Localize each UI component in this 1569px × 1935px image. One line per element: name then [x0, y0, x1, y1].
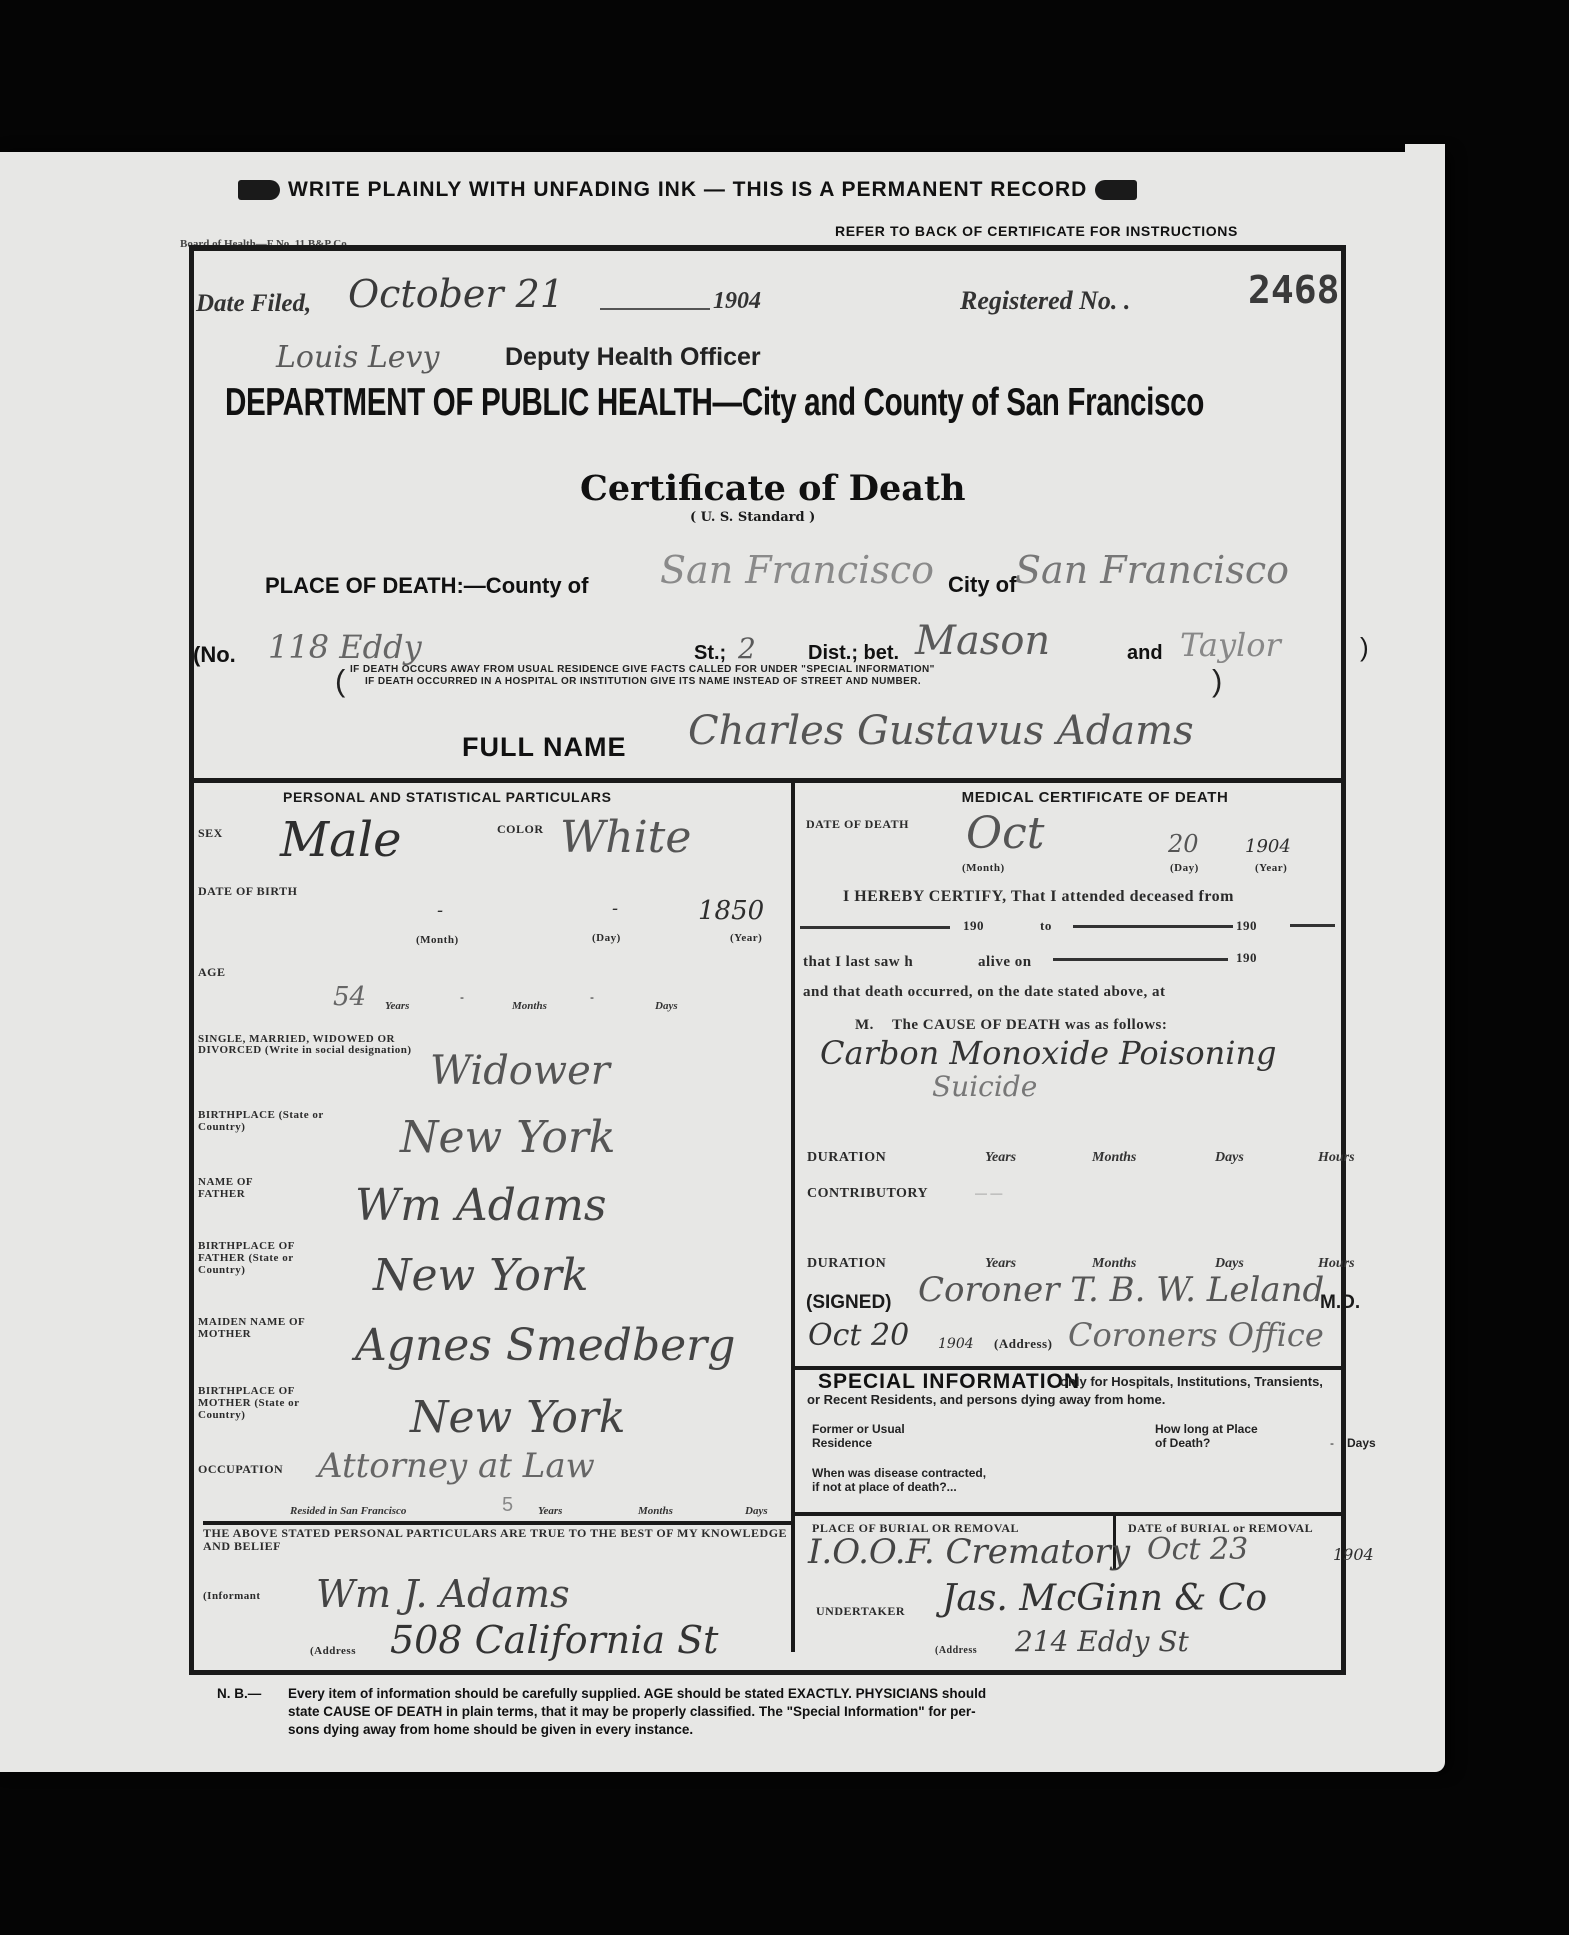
birthplace-label: BIRTHPLACE (State or Country) [198, 1109, 338, 1133]
death-occurred-label: and that death occurred, on the date sta… [803, 984, 1165, 1001]
burial-date-value: Oct 23 [1147, 1532, 1248, 1567]
sex-value: Male [280, 812, 402, 868]
burial-year: 1904 [1333, 1545, 1374, 1564]
how-long-days-label: Days [1347, 1436, 1376, 1450]
color-value: White [560, 812, 691, 863]
attest-divider [203, 1521, 791, 1525]
disease-contracted-label: When was disease contracted, if not at p… [812, 1466, 992, 1494]
city-value: San Francisco [1015, 548, 1289, 592]
md-label: M.D. [1320, 1292, 1360, 1314]
informant-address-value: 508 California St [390, 1618, 718, 1662]
mother-birthplace-value: New York [410, 1392, 626, 1443]
full-name-label: FULL NAME [462, 732, 627, 763]
father-birthplace-value: New York [373, 1250, 589, 1301]
resided-months-label: Months [638, 1505, 673, 1517]
occupation-label: OCCUPATION [198, 1462, 283, 1477]
banner: WRITE PLAINLY WITH UNFADING INK — THIS I… [230, 178, 1145, 202]
dod-month-label: (Month) [962, 862, 1005, 874]
age-days: - [590, 990, 594, 1004]
date-filed-label: Date Filed, [196, 290, 311, 318]
last-saw-label: that I last saw h [803, 954, 913, 971]
mother-birthplace-label: BIRTHPLACE OF MOTHER (State or Country) [198, 1385, 338, 1421]
father-birthplace-label: BIRTHPLACE OF FATHER (State or Country) [198, 1240, 338, 1276]
footer-line-2: state CAUSE OF DEATH in plain terms, tha… [288, 1704, 976, 1719]
note-paren-open: ( [335, 663, 345, 699]
dod-day-label: (Day) [1170, 862, 1199, 874]
county-value: San Francisco [660, 548, 934, 592]
undertaker-label: UNDERTAKER [816, 1604, 905, 1619]
date-filed-value: October 21 [348, 272, 564, 316]
informant-label: (Informant [203, 1590, 261, 1602]
refer-instructions: REFER TO BACK OF CERTIFICATE FOR INSTRUC… [835, 223, 1238, 239]
date-of-death-year: 1904 [1245, 836, 1291, 857]
birthplace-value: New York [400, 1112, 616, 1163]
date-of-birth-label: DATE OF BIRTH [198, 884, 297, 899]
date-of-death-label: DATE OF DEATH [806, 817, 909, 832]
color-label: COLOR [497, 822, 544, 837]
age-years-label: Years [385, 1000, 409, 1012]
place-note-1: IF DEATH OCCURS AWAY FROM USUAL RESIDENC… [350, 664, 935, 675]
alive-190: 190 [1236, 950, 1257, 966]
former-residence-label: Former or Usual Residence [812, 1422, 922, 1450]
date-of-death-day: 20 [1168, 830, 1199, 858]
how-long-label: How long at Place of Death? [1155, 1422, 1265, 1450]
signed-date: Oct 20 [808, 1318, 909, 1353]
dob-year: 1850 [698, 896, 764, 926]
signed-address-value: Coroners Office [1068, 1316, 1324, 1354]
footer-nb-label: N. B.— [217, 1686, 261, 1701]
resided-days-label: Days [745, 1505, 768, 1517]
dob-month-label: (Month) [416, 934, 459, 946]
marital-value: Widower [430, 1048, 610, 1094]
cause-of-death-line-1: Carbon Monoxide Poisoning [820, 1034, 1277, 1072]
dist-between-label: Dist.; bet. [808, 642, 899, 665]
medical-heading: MEDICAL CERTIFICATE OF DEATH [805, 789, 1385, 806]
how-long-days-value: - [1330, 1436, 1334, 1450]
footer-line-1: Every item of information should be care… [288, 1686, 986, 1701]
signed-value: Coroner T. B. W. Leland [918, 1270, 1324, 1310]
pointing-hand-icon [238, 180, 280, 200]
date-filed-rule [600, 308, 710, 310]
between-street-1: Mason [915, 618, 1050, 664]
st-label: St.; [694, 642, 726, 665]
duration-days: Days [1215, 1150, 1244, 1166]
cause-of-death-label: The CAUSE OF DEATH was as follows: [892, 1017, 1167, 1034]
resided-label: Resided in San Francisco [290, 1505, 406, 1517]
pointing-hand-icon [1095, 180, 1137, 200]
age-months: - [460, 990, 464, 1004]
and-label: and [1127, 642, 1163, 665]
age-label: AGE [198, 965, 226, 980]
mother-maiden-name-label: MAIDEN NAME OF MOTHER [198, 1316, 338, 1340]
dob-year-label: (Year) [730, 932, 762, 944]
certificate-subtitle: ( U. S. Standard ) [690, 510, 815, 525]
officer-title: Deputy Health Officer [505, 343, 761, 372]
duration-label: DURATION [807, 1150, 886, 1166]
undertaker-address-label: (Address [935, 1645, 977, 1656]
personal-heading: PERSONAL AND STATISTICAL PARTICULARS [283, 789, 612, 805]
informant-value: Wm J. Adams [316, 1572, 570, 1616]
marital-label: SINGLE, MARRIED, WIDOWED OR DIVORCED (Wr… [198, 1034, 438, 1056]
registered-number: 2468 [1248, 268, 1340, 312]
from-190: 190 [963, 918, 984, 934]
duration-label-2: DURATION [807, 1256, 886, 1272]
informant-address-label: (Address [310, 1645, 356, 1657]
duration-years: Years [985, 1150, 1016, 1166]
attest-statement: THE ABOVE STATED PERSONAL PARTICULARS AR… [203, 1527, 788, 1553]
dob-day-label: (Day) [592, 932, 621, 944]
street-no-label: (No. [193, 642, 236, 668]
city-label: City of [948, 572, 1016, 598]
burial-divider [795, 1512, 1346, 1516]
department-heading: DEPARTMENT OF PUBLIC HEALTH—City and Cou… [225, 381, 1204, 425]
special-info-title: SPECIAL INFORMATION [818, 1370, 1080, 1394]
section-divider [189, 778, 1346, 783]
duration-hours: Hours [1318, 1150, 1355, 1166]
dob-month: - [437, 900, 443, 921]
footer-line-3: sons dying away from home should be give… [288, 1722, 693, 1737]
burial-place-value: I.O.O.F. Crematory [808, 1532, 1130, 1572]
special-info-line-2: or Recent Residents, and persons dying a… [807, 1392, 1165, 1407]
date-of-death-month: Oct [966, 808, 1044, 859]
from-rule [800, 926, 950, 929]
street-value: 118 Eddy [268, 628, 422, 666]
date-filed-year: 1904 [713, 288, 761, 315]
age-months-label: Months [512, 1000, 547, 1012]
full-name-value: Charles Gustavus Adams [688, 708, 1194, 754]
note-paren-close: ) [1212, 663, 1222, 699]
dod-year-label: (Year) [1255, 862, 1287, 874]
between-street-2: Taylor [1180, 626, 1281, 664]
cause-of-death-line-2: Suicide [932, 1070, 1037, 1103]
to-rule [1073, 925, 1233, 928]
banner-text: WRITE PLAINLY WITH UNFADING INK — THIS I… [288, 178, 1087, 201]
place-of-death-label: PLACE OF DEATH:—County of [265, 573, 588, 599]
signed-label: (SIGNED) [806, 1292, 892, 1314]
age-days-label: Days [655, 1000, 678, 1012]
close-paren: ) [1360, 632, 1369, 663]
contributory-label: CONTRIBUTORY [807, 1186, 928, 1202]
certificate-title: Certificate of Death [580, 468, 966, 509]
registered-label: Registered No. . [960, 286, 1130, 316]
father-name-label: NAME OF FATHER [198, 1176, 298, 1200]
occupation-value: Attorney at Law [318, 1446, 595, 1486]
resided-years: 5 [502, 1494, 513, 1517]
officer-signature: Louis Levy [276, 340, 439, 375]
undertaker-value: Jas. McGinn & Co [942, 1578, 1267, 1619]
to-label: to [1040, 918, 1052, 934]
column-divider [791, 782, 795, 1652]
sex-label: SEX [198, 826, 223, 841]
certify-statement: I HEREBY CERTIFY, That I attended deceas… [843, 888, 1234, 906]
father-name-value: Wm Adams [355, 1180, 606, 1231]
to-190: 190 [1236, 918, 1257, 934]
dob-day: - [612, 898, 618, 919]
signed-year: 1904 [938, 1336, 974, 1352]
resided-years-label: Years [538, 1505, 562, 1517]
alive-on-label: alive on [978, 954, 1032, 971]
signed-address-label: (Address) [994, 1336, 1052, 1352]
age-years: 54 [333, 982, 366, 1012]
undertaker-address-value: 214 Eddy St [1015, 1625, 1189, 1658]
contributory-value: — — [975, 1186, 1002, 1200]
mother-maiden-name-value: Agnes Smedberg [355, 1320, 735, 1371]
special-info-note: only for Hospitals, Institutions, Transi… [1060, 1374, 1323, 1389]
duration-months: Months [1092, 1150, 1136, 1166]
alive-on-rule [1053, 958, 1228, 961]
place-note-2: IF DEATH OCCURRED IN A HOSPITAL OR INSTI… [365, 676, 921, 687]
to-year-rule [1290, 924, 1335, 927]
district-value: 2 [738, 632, 756, 665]
md-m-label: M. [855, 1017, 874, 1034]
